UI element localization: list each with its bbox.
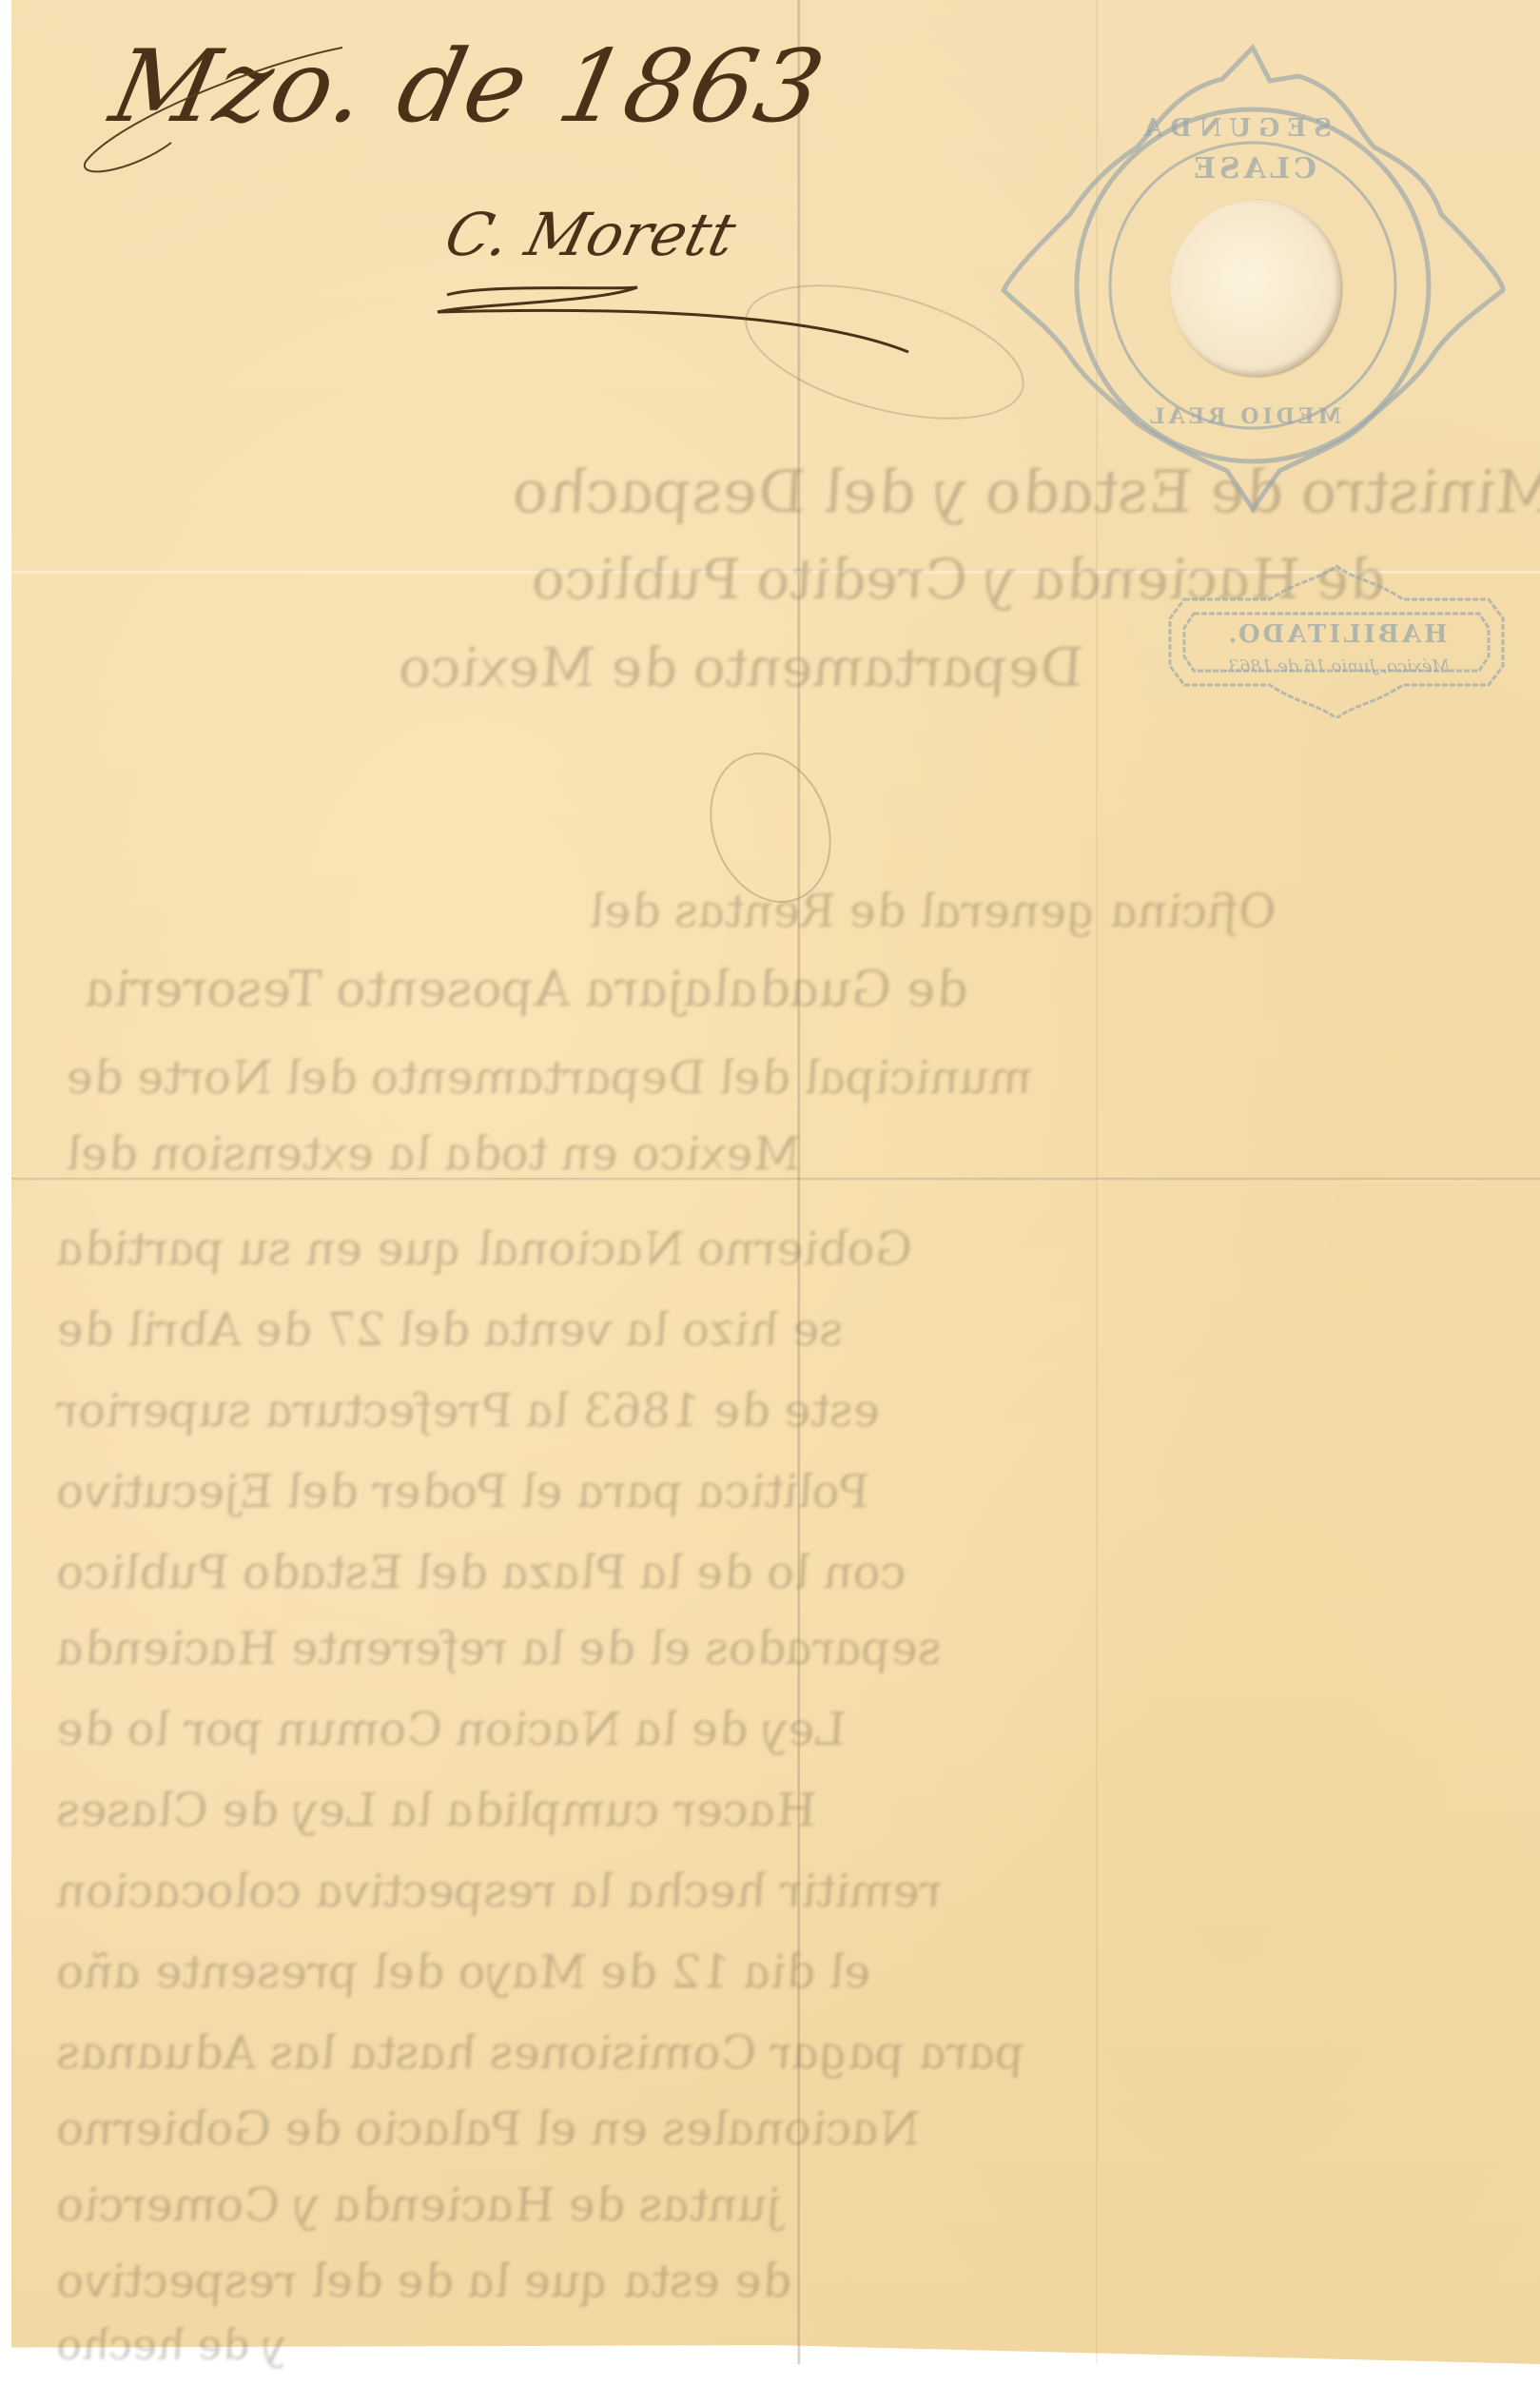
bleed-line: este de 1863 la Prefectura superior (50, 1384, 887, 1437)
bleed-line: Hacer cumplida la Ley de Clases (50, 1784, 823, 1837)
stamp-value: MEDIO REAL (1165, 404, 1341, 429)
bleed-line: separados el de la referente Hacienda (50, 1622, 948, 1675)
stamp-habilitado: HABILITADO. (1194, 620, 1479, 649)
bleed-line: Gobierno Nacional que en su partida (50, 1222, 919, 1276)
bleed-line: Departamento de Mexico (392, 637, 1090, 699)
habilitado-stamp: HABILITADO. México, Junio 16 de 1863. (1156, 561, 1517, 718)
bleed-line: municipal del Departamento del Norte de (60, 1051, 1040, 1105)
stamp-segunda: SEGUNDA (1175, 114, 1332, 143)
signature: C. Morett (439, 200, 743, 269)
bleed-line: para pagar Comisiones hasta las Aduanas (50, 2026, 1032, 2080)
stamp-clase: CLASE (1184, 152, 1322, 186)
bleed-line: y de hecho (51, 2321, 293, 2370)
bleed-line: se hizo la venta del 27 de Abril de (50, 1303, 850, 1357)
bleed-line: Politica para el Poder del Ejecutivo (50, 1465, 876, 1518)
bleed-line: juntas de Hacienda y Comercio (50, 2179, 788, 2232)
bleed-line: Nacionales en el Palacio de Gobierno (50, 2102, 926, 2156)
bleed-loop (666, 742, 856, 913)
bleed-line: remitir hecha la respectiva colocacion (50, 1865, 948, 1918)
bleed-line: de Guadalajara Aposento Tesoreria (79, 961, 975, 1018)
bleed-line: Mexico en toda la extension del (60, 1127, 807, 1181)
bleed-line: con lo de la Plaza del Estado Publico (50, 1546, 913, 1599)
signature-underline-flourish (428, 276, 923, 362)
embossed-eagle-seal (1170, 200, 1341, 376)
bleed-line: el dia 12 de Mayo del presente año (50, 1945, 878, 1999)
bleed-line: Ley de la Nacion Comun por lo de (50, 1703, 852, 1756)
tax-stamp-seal: SEGUNDA CLASE MEDIO REAL (984, 24, 1522, 518)
bleed-line: de esta que la de del respectivo (50, 2255, 798, 2308)
date-flourish (57, 29, 342, 190)
stamp-place-date: México, Junio 16 de 1863. (1184, 656, 1489, 676)
